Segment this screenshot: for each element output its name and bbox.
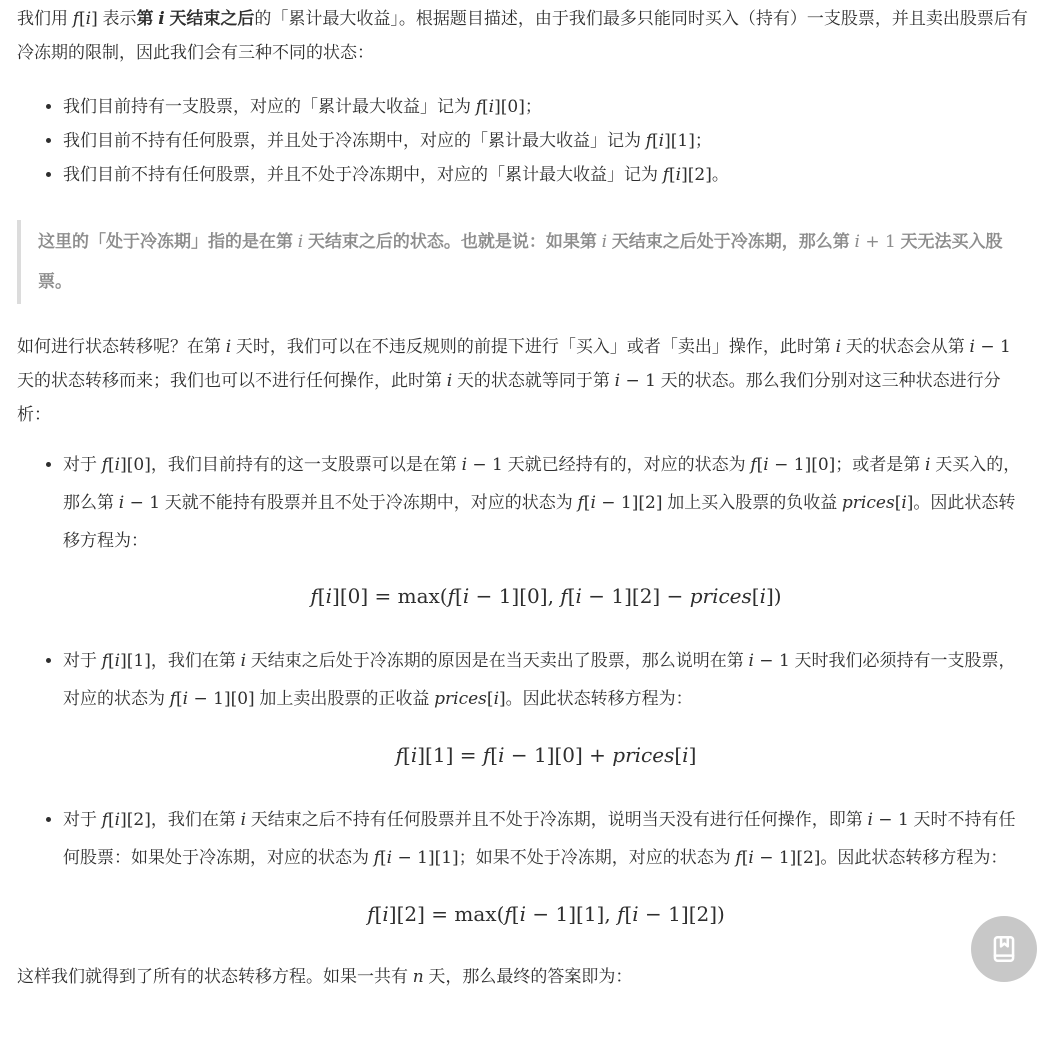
states-list: 我们目前持有一支股票，对应的「累计最大收益」记为 f[i][0]； 我们目前不持…	[17, 90, 1029, 192]
intro-paragraph: 我们用 f[i] 表示第 i 天结束之后的「累计最大收益」。根据题目描述，由于我…	[17, 2, 1029, 70]
solution-article: 我们用 f[i] 表示第 i 天结束之后的「累计最大收益」。根据题目描述，由于我…	[0, 0, 1046, 994]
formula-f0: f[i][0] = max(f[i − 1][0], f[i − 1][2] −…	[63, 581, 1029, 612]
formula-f2: f[i][2] = max(f[i − 1][1], f[i − 1][2])	[63, 899, 1029, 930]
analysis-text-f2: 对于 f[i][2]，我们在第 i 天结束之后不持有任何股票并且不处于冷冻期，说…	[63, 801, 1029, 877]
state-item-no-cooldown: 我们目前不持有任何股票，并且不处于冷冻期中，对应的「累计最大收益」记为 f[i]…	[63, 158, 1029, 192]
state-item-holding: 我们目前持有一支股票，对应的「累计最大收益」记为 f[i][0]；	[63, 90, 1029, 124]
transition-paragraph: 如何进行状态转移呢？在第 i 天时，我们可以在不违反规则的前提下进行「买入」或者…	[17, 330, 1029, 432]
analysis-item-f2: 对于 f[i][2]，我们在第 i 天结束之后不持有任何股票并且不处于冷冻期，说…	[63, 801, 1029, 930]
formula-f1: f[i][1] = f[i − 1][0] + prices[i]	[63, 740, 1029, 771]
analysis-text-f1: 对于 f[i][1]，我们在第 i 天结束之后处于冷冻期的原因是在当天卖出了股票…	[63, 642, 1029, 718]
analysis-item-f1: 对于 f[i][1]，我们在第 i 天结束之后处于冷冻期的原因是在当天卖出了股票…	[63, 642, 1029, 771]
book-icon	[988, 933, 1020, 965]
state-item-cooldown: 我们目前不持有任何股票，并且处于冷冻期中，对应的「累计最大收益」记为 f[i][…	[63, 124, 1029, 158]
solution-book-button[interactable]	[971, 916, 1037, 982]
note-blockquote: 这里的「处于冷冻期」指的是在第 i 天结束之后的状态。也就是说：如果第 i 天结…	[17, 220, 1029, 304]
analysis-text-f0: 对于 f[i][0]，我们目前持有的这一支股票可以是在第 i − 1 天就已经持…	[63, 446, 1029, 559]
analysis-item-f0: 对于 f[i][0]，我们目前持有的这一支股票可以是在第 i − 1 天就已经持…	[63, 446, 1029, 612]
closing-paragraph: 这样我们就得到了所有的状态转移方程。如果一共有 n 天，那么最终的答案即为：	[17, 960, 1029, 994]
analysis-list: 对于 f[i][0]，我们目前持有的这一支股票可以是在第 i − 1 天就已经持…	[17, 446, 1029, 930]
